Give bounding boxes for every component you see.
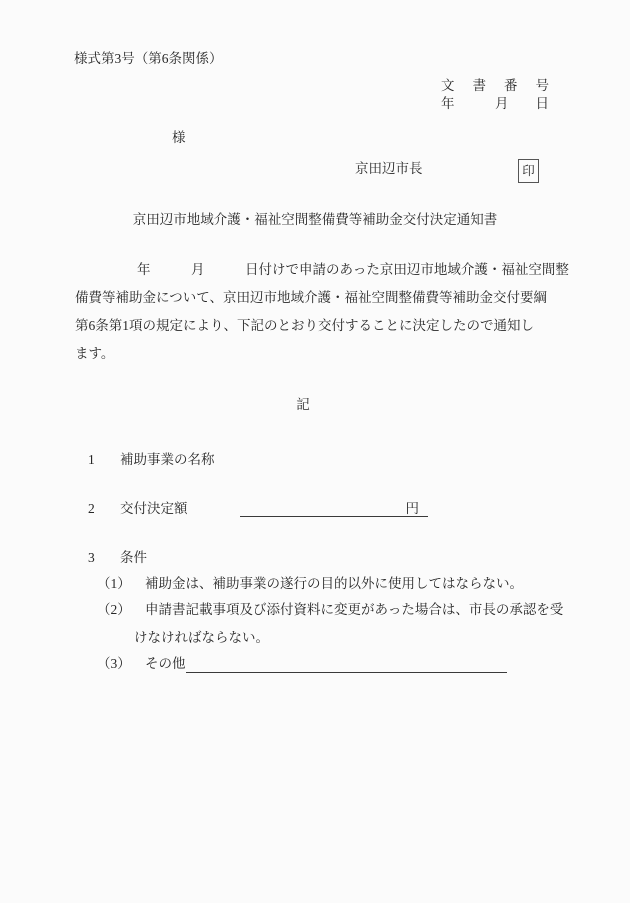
- document-title: 京田辺市地域介護・福祉空間整備費等補助金交付決定通知書: [0, 211, 630, 228]
- list-item-grant-amount: 2 交付決定額 円: [88, 500, 428, 517]
- condition-text: その他: [145, 655, 186, 672]
- document-page: 様式第3号（第6条関係） 文書番号 年 月 日 様 京田辺市長 印 京田辺市地域…: [0, 0, 630, 903]
- form-number-label: 様式第3号（第6条関係）: [74, 50, 223, 67]
- body-paragraph-line-3: 第6条第1項の規定により、下記のとおり交付することに決定したので通知し: [75, 317, 534, 334]
- document-number-label: 文書番号: [441, 77, 567, 94]
- condition-1: （1） 補助金は、補助事業の遂行の目的以外に使用してはならない。: [97, 575, 523, 592]
- item-number: 1: [88, 451, 120, 468]
- condition-number: （3）: [97, 655, 145, 672]
- item-label: 交付決定額: [120, 500, 240, 517]
- item-label: 補助事業の名称: [120, 451, 215, 468]
- item-label: 条件: [120, 549, 147, 566]
- list-item-project-name: 1 補助事業の名称: [88, 451, 215, 468]
- list-item-conditions: 3 条件: [88, 549, 147, 566]
- condition-3: （3） その他: [97, 655, 507, 673]
- body-paragraph-line-4: ます。: [75, 345, 114, 362]
- seal-box: 印: [518, 159, 539, 183]
- condition-number: （2）: [97, 601, 145, 618]
- condition-text: 申請書記載事項及び添付資料に変更があった場合は、市長の承認を受: [145, 601, 563, 618]
- condition-text: 補助金は、補助事業の遂行の目的以外に使用してはならない。: [145, 575, 523, 592]
- condition-2-continuation: けなければならない。: [134, 629, 269, 646]
- amount-fill-line: 円: [240, 500, 428, 517]
- sender-title: 京田辺市長: [355, 160, 423, 177]
- date-blank-line: 年 月 日: [441, 95, 549, 112]
- record-marker: 記: [0, 396, 606, 413]
- item-number: 3: [88, 549, 120, 566]
- item-number: 2: [88, 500, 120, 517]
- condition-number: （1）: [97, 575, 145, 592]
- body-paragraph-line-1: 年 月 日付けで申請のあった京田辺市地域介護・福祉空間整: [75, 261, 569, 278]
- condition-2: （2） 申請書記載事項及び添付資料に変更があった場合は、市長の承認を受: [97, 601, 563, 618]
- body-paragraph-line-2: 備費等補助金について、京田辺市地域介護・福祉空間整備費等補助金交付要綱: [75, 289, 547, 306]
- recipient-honorific: 様: [172, 129, 186, 146]
- other-fill-line: [186, 655, 507, 673]
- currency-unit-label: 円: [406, 501, 420, 516]
